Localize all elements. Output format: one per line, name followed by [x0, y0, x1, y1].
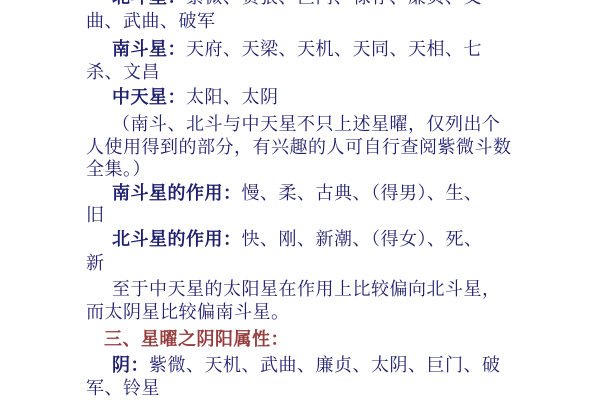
- heading-yinyang-section: 三、星曜之阴阳属性：: [104, 329, 289, 350]
- line-text: 天府、天梁、天机、天同、天相、七: [186, 39, 482, 60]
- term-zhongtian-stars: 中天星：: [112, 87, 186, 108]
- term-yin: 阴：: [112, 355, 149, 376]
- line-text: 人使用得到的部分，有兴趣的人可自行查阅紫微斗数: [86, 137, 512, 158]
- line-zhongtian-effect-2: 而太阴星比较偏南斗星。: [86, 302, 290, 323]
- line-beidou-stars-2: 曲、武曲、破军: [86, 11, 216, 32]
- term-nandou-effect: 南斗星的作用：: [112, 183, 242, 204]
- line-zhongtian-stars: 中天星：太阳、太阴: [112, 87, 279, 108]
- document-page: 北斗星：紫微、贪狼、巨门、禄存、廉贞、文 曲、武曲、破军 南斗星：天府、天梁、天…: [0, 0, 600, 400]
- line-note-2: 人使用得到的部分，有兴趣的人可自行查阅紫微斗数: [86, 137, 512, 158]
- line-text: 旧: [86, 205, 105, 226]
- line-beidou-stars-1: 北斗星：紫微、贪狼、巨门、禄存、廉贞、文: [112, 0, 482, 8]
- line-text: 快、刚、新潮、（得女）、死、: [242, 229, 483, 250]
- line-text: 而太阴星比较偏南斗星。: [86, 302, 290, 323]
- line-text: 新: [86, 253, 105, 274]
- line-yin-stars-1: 阴：紫微、天机、武曲、廉贞、太阴、巨门、破: [112, 355, 501, 376]
- term-beidou-effect: 北斗星的作用：: [112, 229, 242, 250]
- line-nandou-effect-2: 旧: [86, 205, 105, 226]
- line-nandou-stars-1: 南斗星：天府、天梁、天机、天同、天相、七: [112, 39, 482, 60]
- line-text: 杀、文昌: [86, 62, 160, 83]
- line-nandou-effect-1: 南斗星的作用：慢、柔、古典、（得男）、生、: [112, 183, 483, 204]
- line-text: 曲、武曲、破军: [86, 11, 216, 32]
- line-note-1: （南斗、北斗与中天星不只上述星曜，仅列出个: [112, 114, 501, 135]
- line-text: 慢、柔、古典、（得男）、生、: [242, 183, 483, 204]
- line-yin-stars-2: 军、铃星: [86, 378, 160, 399]
- line-note-3: 全集。）: [86, 159, 151, 180]
- line-nandou-stars-2: 杀、文昌: [86, 62, 160, 83]
- line-text: 太阳、太阴: [186, 87, 279, 108]
- line-text: 紫微、贪狼、巨门、禄存、廉贞、文: [186, 0, 482, 8]
- line-beidou-effect-2: 新: [86, 253, 105, 274]
- line-text: 全集。）: [86, 159, 151, 180]
- line-zhongtian-effect-1: 至于中天星的太阳星在作用上比较偏向北斗星，: [112, 279, 501, 300]
- term-beidou-stars: 北斗星：: [112, 0, 186, 8]
- term-nandou-stars: 南斗星：: [112, 39, 186, 60]
- line-text: 军、铃星: [86, 378, 160, 399]
- heading-text: 三、星曜之阴阳属性：: [104, 329, 289, 350]
- line-beidou-effect-1: 北斗星的作用：快、刚、新潮、（得女）、死、: [112, 229, 483, 250]
- line-text: （南斗、北斗与中天星不只上述星曜，仅列出个: [112, 114, 501, 135]
- line-text: 紫微、天机、武曲、廉贞、太阴、巨门、破: [149, 355, 501, 376]
- line-text: 至于中天星的太阳星在作用上比较偏向北斗星，: [112, 279, 501, 300]
